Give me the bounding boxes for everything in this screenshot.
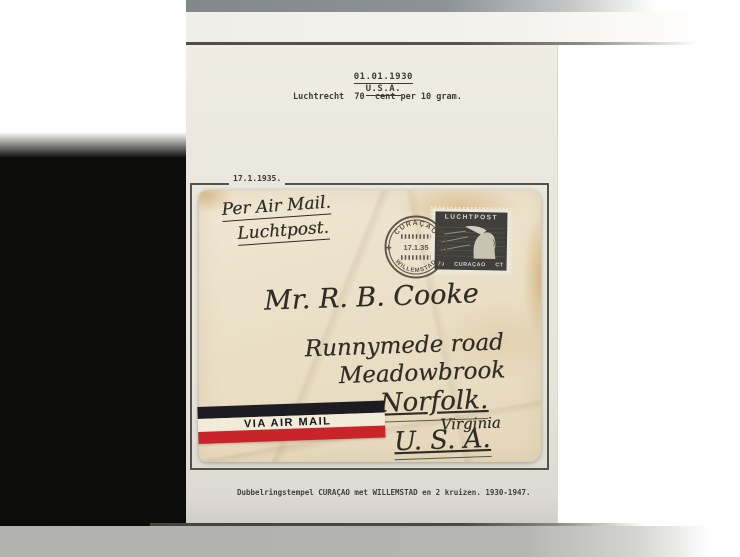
postmark-date: 17.1.35 — [403, 243, 428, 252]
photo-top-background — [186, 0, 656, 12]
photo-of-album-page: 01.01.1930 U.S.A. Luchtrecht 70 cent per… — [0, 0, 740, 557]
svg-text:WILLEMSTAD: WILLEMSTAD — [394, 259, 438, 274]
photo-bottom-background — [0, 526, 740, 557]
via-air-mail-label: VIA AIR MAIL — [197, 400, 385, 444]
postal-rate-line: Luchtrecht 70 cent per 10 gram. — [293, 92, 462, 102]
photo-left-dark-background — [0, 132, 186, 527]
postmark-cross-right-icon: ✚ — [440, 244, 446, 252]
airmail-cover: Per Air Mail. Luchtpost. LUCHTPOST 70 CU… — [199, 190, 541, 462]
heading-date: 01.01.1930 — [354, 72, 413, 84]
svg-text:CURAÇAO: CURAÇAO — [393, 220, 438, 237]
postmark-town-bottom: WILLEMSTAD — [394, 259, 438, 274]
double-ring-postmark: CURAÇAO WILLEMSTAD 17.1.35 ✚ ✚ — [383, 214, 449, 280]
exhibit-caption: Dubbelringstempel CURAÇAO met WILLEMSTAD… — [237, 488, 531, 497]
cover-date-label: 17.1.1935. — [229, 173, 285, 185]
postmark-town-top: CURAÇAO — [393, 220, 438, 237]
address-street: Runnymede road — [304, 329, 504, 362]
postmark-cross-left-icon: ✚ — [386, 244, 392, 252]
sleeve-top-band — [186, 12, 740, 44]
addressee-name: Mr. R. B. Cooke — [264, 278, 480, 316]
address-country: U. S. A. — [394, 424, 492, 460]
